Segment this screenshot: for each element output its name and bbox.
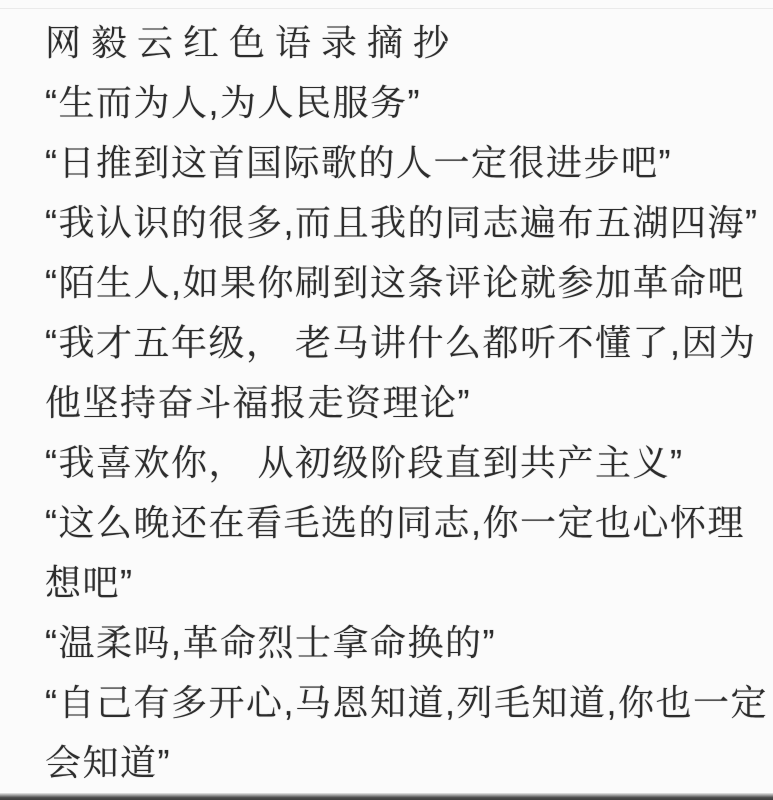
page-title: 网毅云红色语录摘抄 (45, 13, 763, 73)
quote-line: 会知道” (45, 733, 763, 793)
quote-line: “我喜欢你， 从初级阶段直到共产主义” (45, 433, 763, 493)
top-divider (0, 8, 773, 9)
quote-line: “生而为人,为人民服务” (45, 73, 763, 133)
quote-line: 想吧” (45, 553, 763, 613)
bottom-edge (0, 793, 773, 800)
quote-line: 他坚持奋斗福报走资理论” (45, 373, 763, 433)
quote-line: “陌生人,如果你刷到这条评论就参加革命吧 (45, 253, 763, 313)
quote-line: “日推到这首国际歌的人一定很进步吧” (45, 133, 763, 193)
quote-line: “这么晚还在看毛选的同志,你一定也心怀理 (45, 493, 763, 553)
quote-line: “温柔吗,革命烈士拿命换的” (45, 613, 763, 673)
quote-line: “我才五年级， 老马讲什么都听不懂了,因为 (45, 313, 763, 373)
quote-line: “我认识的很多,而且我的同志遍布五湖四海” (45, 193, 763, 253)
quote-line: “自己有多开心,马恩知道,列毛知道,你也一定 (45, 673, 763, 733)
quote-sheet: 网毅云红色语录摘抄 “生而为人,为人民服务” “日推到这首国际歌的人一定很进步吧… (45, 13, 763, 793)
